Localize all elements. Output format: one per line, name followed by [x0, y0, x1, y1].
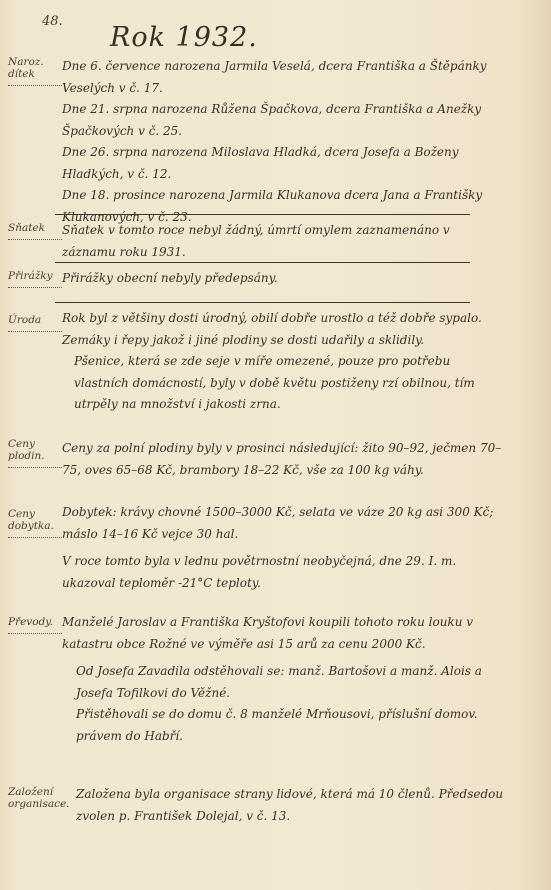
margin-label-marriage: Sňatek: [8, 222, 70, 240]
margin-label-crop-prices: Ceny plodin.: [8, 438, 70, 468]
label-underline: [8, 81, 62, 86]
margin-label-livestock-prices-line1: Ceny: [8, 508, 35, 520]
birth-entry: Dne 6. července narozena Jarmila Veselá,…: [62, 56, 502, 99]
birth-entry: Dne 21. srpna narozena Růžena Špačkova, …: [62, 99, 502, 142]
transfer-entry: Od Josefa Zavadila odstěhovali se: manž.…: [62, 661, 502, 704]
harvest-entry: Pšenice, která se zde seje v míře omezen…: [62, 351, 502, 416]
label-underline: [8, 235, 62, 240]
margin-label-births-line2: dítek: [8, 68, 35, 80]
chronicle-page: 48. Rok 1932. Narоz. dítek Dne 6. červen…: [0, 0, 551, 890]
margin-label-surcharges-text: Přirážky: [8, 270, 53, 282]
margin-label-livestock-prices-line2: dobytka.: [8, 520, 54, 532]
section-transfers: Manželé Jaroslav a Františka Kryštofovi …: [62, 612, 502, 747]
page-number: 48.: [42, 14, 63, 29]
label-underline: [8, 533, 62, 538]
organisation-entry: Založena byla organisace strany lidové, …: [76, 784, 516, 827]
margin-label-births: Narоz. dítek: [8, 56, 70, 86]
section-births: Dne 6. července narozena Jarmila Veselá,…: [62, 56, 502, 228]
crop-prices-entry: Ceny za polní plodiny byly v prosinci ná…: [62, 438, 502, 481]
label-underline: [8, 629, 62, 634]
marriage-entry: Sňatek v tomto roce nebyl žádný, úmrtí o…: [62, 220, 502, 263]
label-underline: [8, 327, 62, 332]
section-livestock-prices: Dobytek: krávy chovné 1500–3000 Kč, sela…: [62, 502, 502, 594]
section-surcharges: Přirážky obecní nebyly předepsány.: [62, 268, 502, 290]
section-marriage: Sňatek v tomto roce nebyl žádný, úmrtí o…: [62, 220, 502, 263]
section-harvest: Rok byl z většiny dosti úrodný, obilí do…: [62, 308, 502, 416]
page-title: Rok 1932.: [110, 22, 258, 53]
transfer-entry: Manželé Jaroslav a Františka Kryštofovi …: [62, 612, 502, 655]
margin-label-crop-prices-line1: Ceny: [8, 438, 35, 450]
section-divider: [55, 262, 470, 263]
section-divider: [55, 214, 470, 215]
margin-label-organisation-line1: Založení: [8, 786, 53, 798]
label-underline: [8, 283, 62, 288]
label-underline: [8, 463, 62, 468]
margin-label-births-line1: Narоz.: [8, 56, 44, 68]
birth-entry: Dne 26. srpna narozena Miloslava Hladká,…: [62, 142, 502, 185]
surcharges-entry: Přirážky obecní nebyly předepsány.: [62, 268, 502, 290]
margin-label-transfers: Převody.: [8, 616, 70, 634]
section-organisation: Založena byla organisace strany lidové, …: [62, 784, 516, 827]
weather-entry: V roce tomto byla v lednu povětrnostní n…: [62, 551, 502, 594]
margin-label-harvest: Úroda: [8, 314, 70, 332]
section-crop-prices: Ceny za polní plodiny byly v prosinci ná…: [62, 438, 502, 481]
margin-label-marriage-text: Sňatek: [8, 222, 45, 234]
margin-label-transfers-text: Převody.: [8, 616, 53, 628]
margin-label-organisation-line2: organisace.: [8, 798, 70, 810]
transfer-entry: Přistěhovali se do domu č. 8 manželé Mrň…: [62, 704, 502, 747]
section-divider: [55, 302, 470, 303]
livestock-prices-entry: Dobytek: krávy chovné 1500–3000 Kč, sela…: [62, 502, 502, 545]
margin-label-livestock-prices: Ceny dobytka.: [8, 508, 70, 538]
margin-label-organisation: Založení organisace.: [8, 786, 70, 810]
margin-label-surcharges: Přirážky: [8, 270, 70, 288]
harvest-entry: Rok byl z většiny dosti úrodný, obilí do…: [62, 308, 502, 351]
margin-label-harvest-text: Úroda: [8, 314, 41, 326]
margin-label-crop-prices-line2: plodin.: [8, 450, 45, 462]
